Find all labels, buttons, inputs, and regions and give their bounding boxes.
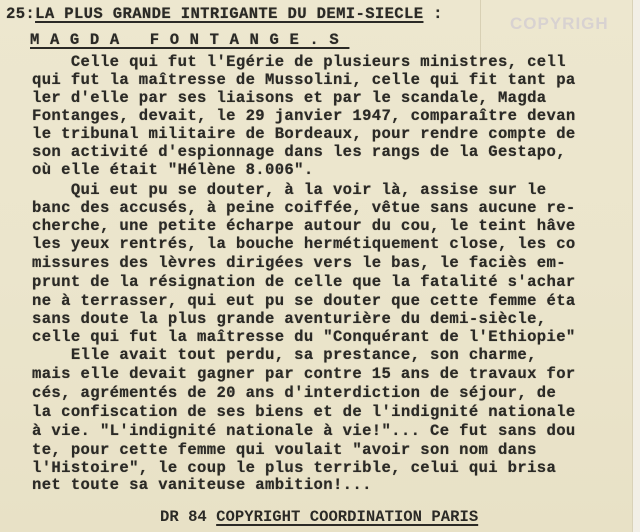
headline-text: LA PLUS GRANDE INTRIGANTE DU DEMI-SIECLE (35, 5, 423, 23)
text-line: sans doute la plus grande aventurière du… (32, 311, 547, 327)
text-line: Celle qui fut l'Egérie de plusieurs mini… (32, 54, 566, 70)
text-line: Qui eut pu se douter, à la voir là, assi… (32, 182, 547, 198)
text-line: Elle avait tout perdu, sa prestance, son… (32, 347, 537, 363)
headline: 25:LA PLUS GRANDE INTRIGANTE DU DEMI-SIE… (6, 6, 443, 22)
text-line: qui fut la maîtresse de Mussolini, celle… (32, 72, 576, 88)
text-line: te, pour cette femme qui voulait "avoir … (32, 442, 537, 458)
text-line: son activité d'espionnage dans les rangs… (32, 144, 566, 160)
text-line: ne à terrasser, qui eut pu se douter que… (32, 293, 576, 309)
text-line: l'Histoire", le coup le plus terrible, c… (32, 460, 556, 476)
text-line: celle qui fut la maîtresse du "Conquéran… (32, 329, 576, 345)
text-line: le tribunal militaire de Bordeaux, pour … (32, 126, 576, 142)
text-line: prunt de la résignation de celle que la … (32, 274, 576, 290)
footer-copyright: COPYRIGHT COORDINATION PARIS (216, 508, 478, 526)
text-line: missures des lèvres dirigées vers le bas… (32, 255, 566, 271)
sheet-shadow-line (480, 0, 481, 60)
headline-colon: : (423, 5, 442, 23)
text-line: banc des accusés, à peine coiffée, vêtue… (32, 200, 576, 216)
text-line: la confiscation de ses biens et de l'ind… (32, 404, 576, 420)
article-number: 25: (6, 5, 35, 23)
footer-credit: DR 84 COPYRIGHT COORDINATION PARIS (160, 508, 478, 526)
text-line: à vie. "L'indignité nationale à vie!"...… (32, 423, 576, 439)
text-line: cés, agrémentés de 20 ans d'interdiction… (32, 385, 556, 401)
subject-name: MAGDA FONTANGE.S (30, 31, 349, 49)
faint-copyright-stamp: COPYRIGH (510, 14, 609, 34)
text-line: Fontanges, devait, le 29 janvier 1947, c… (32, 108, 576, 124)
text-line: net toute sa vaniteuse ambition!... (32, 477, 372, 493)
footer-ref: DR 84 (160, 508, 216, 526)
text-line: où elle était "Hélène 8.006". (32, 162, 314, 178)
text-line: les yeux rentrés, la bouche hermétiqueme… (32, 236, 576, 252)
text-line: ler d'elle par ses liaisons et par le sc… (32, 90, 547, 106)
subject-name-line: MAGDA FONTANGE.S (30, 32, 349, 48)
page-edge (632, 0, 640, 532)
text-line: cherche, une petite écharpe autour du co… (32, 218, 576, 234)
text-line: mais elle devait gagner par contre 15 an… (32, 366, 576, 382)
